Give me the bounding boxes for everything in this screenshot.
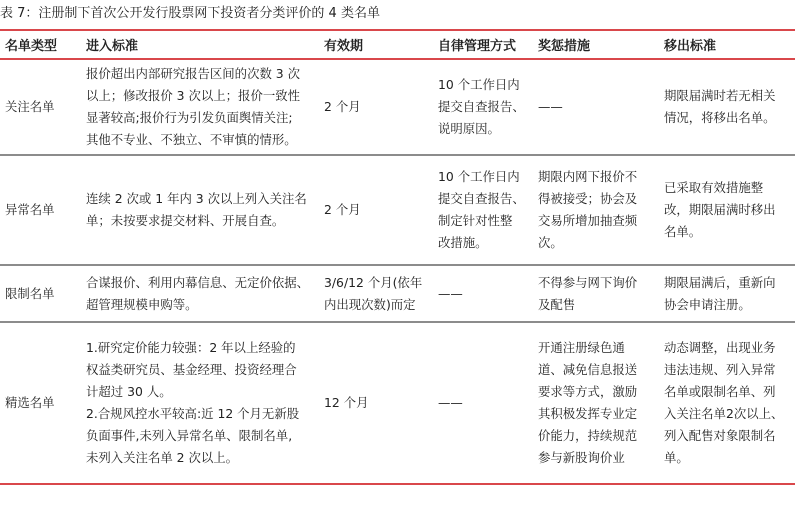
header-row: 名单类型 进入标准 有效期 自律管理方式 奖惩措施 移出标准: [0, 30, 795, 59]
header-list-type: 名单类型: [0, 30, 78, 59]
cell-list-type: 异常名单: [0, 155, 78, 265]
cell-validity: 2 个月: [316, 155, 430, 265]
cell-exit-criteria: 期限届满后，重新向 协会申请注册。: [656, 265, 795, 322]
header-validity: 有效期: [316, 30, 430, 59]
cell-list-type: 关注名单: [0, 59, 78, 155]
header-reward-penalty: 奖惩措施: [530, 30, 656, 59]
cell-reward-penalty: 开通注册绿色通 道、减免信息报送 要求等方式，激励 其积极发挥专业定 价能力，持…: [530, 322, 656, 484]
cell-reward-penalty: 不得参与网下询价 及配售: [530, 265, 656, 322]
cell-self-regulation: ——: [430, 265, 530, 322]
cell-entry-criteria: 合谋报价、利用内幕信息、无定价依据、 超管理规模申购等。: [78, 265, 316, 322]
investor-list-table: 名单类型 进入标准 有效期 自律管理方式 奖惩措施 移出标准 关注名单 报价超出…: [0, 29, 795, 485]
cell-validity: 2 个月: [316, 59, 430, 155]
cell-exit-criteria: 期限届满时若无相关 情况，将移出名单。: [656, 59, 795, 155]
cell-self-regulation: 10 个工作日内 提交自查报告、 说明原因。: [430, 59, 530, 155]
cell-entry-criteria: 报价超出内部研究报告区间的次数 3 次 以上；修改报价 3 次以上；报价一致性 …: [78, 59, 316, 155]
table-row: 异常名单 连续 2 次或 1 年内 3 次以上列入关注名 单；未按要求提交材料、…: [0, 155, 795, 265]
cell-self-regulation: ——: [430, 322, 530, 484]
cell-self-regulation: 10 个工作日内 提交自查报告、 制定针对性整 改措施。: [430, 155, 530, 265]
cell-entry-criteria: 1.研究定价能力较强：2 年以上经验的 权益类研究员、基金经理、投资经理合 计超…: [78, 322, 316, 484]
header-self-regulation: 自律管理方式: [430, 30, 530, 59]
cell-reward-penalty: 期限内网下报价不 得被接受；协会及 交易所增加抽查频 次。: [530, 155, 656, 265]
header-entry-criteria: 进入标准: [78, 30, 316, 59]
cell-list-type: 精选名单: [0, 322, 78, 484]
table-row: 关注名单 报价超出内部研究报告区间的次数 3 次 以上；修改报价 3 次以上；报…: [0, 59, 795, 155]
cell-entry-criteria: 连续 2 次或 1 年内 3 次以上列入关注名 单；未按要求提交材料、开展自查。: [78, 155, 316, 265]
cell-list-type: 限制名单: [0, 265, 78, 322]
table-caption: 表 7：注册制下首次公开发行股票网下投资者分类评价的 4 类名单: [0, 5, 380, 22]
cell-validity: 12 个月: [316, 322, 430, 484]
cell-validity: 3/6/12 个月(依年 内出现次数)而定: [316, 265, 430, 322]
cell-reward-penalty: ——: [530, 59, 656, 155]
table-row: 限制名单 合谋报价、利用内幕信息、无定价依据、 超管理规模申购等。 3/6/12…: [0, 265, 795, 322]
cell-exit-criteria: 动态调整，出现业务 违法违规、列入异常 名单或限制名单、列 入关注名单2次以上、…: [656, 322, 795, 484]
cell-exit-criteria: 已采取有效措施整 改，期限届满时移出 名单。: [656, 155, 795, 265]
table-row: 精选名单 1.研究定价能力较强：2 年以上经验的 权益类研究员、基金经理、投资经…: [0, 322, 795, 484]
header-exit-criteria: 移出标准: [656, 30, 795, 59]
